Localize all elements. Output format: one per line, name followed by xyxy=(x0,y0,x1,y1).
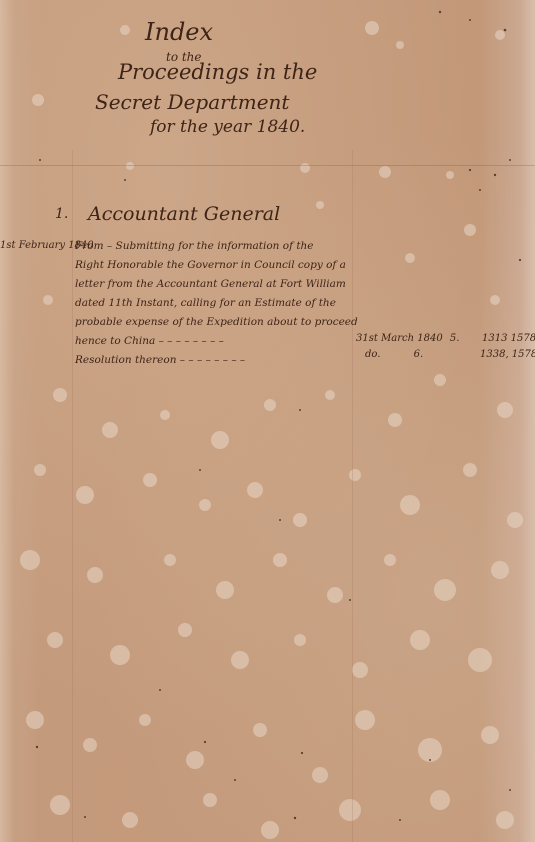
entry-line: Resolution thereon – – – – – – – – xyxy=(75,354,245,366)
reference-ditto-text: do. xyxy=(365,349,380,360)
reference-ditto: do. 6. xyxy=(365,349,423,360)
entry-line: From – Submitting for the information of… xyxy=(75,240,314,252)
title-proceedings: Proceedings in the xyxy=(118,60,317,84)
entry-line: hence to China – – – – – – – – xyxy=(75,335,224,347)
page-reference: 1338, 1578 xyxy=(480,349,535,360)
manuscript-page: Index to the Proceedings in the Secret D… xyxy=(0,0,535,842)
entry-line: Right Honorable the Governor in Council … xyxy=(75,259,346,271)
reference-column-rule xyxy=(352,150,353,842)
section-marker: 1. xyxy=(55,206,68,222)
reference-number: 6. xyxy=(414,349,424,360)
ruled-line xyxy=(0,165,535,166)
title-index: Index xyxy=(145,18,213,46)
reference-date-text: 31st March 1840 xyxy=(356,333,443,344)
page-reference: 1313 1578 xyxy=(482,333,535,344)
reference-date: 31st March 1840 5. xyxy=(356,333,459,344)
entry-line: dated 11th Instant, calling for an Estim… xyxy=(75,297,336,309)
reference-number: 5. xyxy=(450,333,460,344)
section-heading: Accountant General xyxy=(88,203,280,225)
title-year: for the year 1840. xyxy=(150,117,305,137)
entry-line: probable expense of the Expedition about… xyxy=(75,316,358,328)
entry-line: letter from the Accountant General at Fo… xyxy=(75,278,346,290)
margin-rule xyxy=(72,150,73,842)
title-department: Secret Department xyxy=(95,90,289,114)
